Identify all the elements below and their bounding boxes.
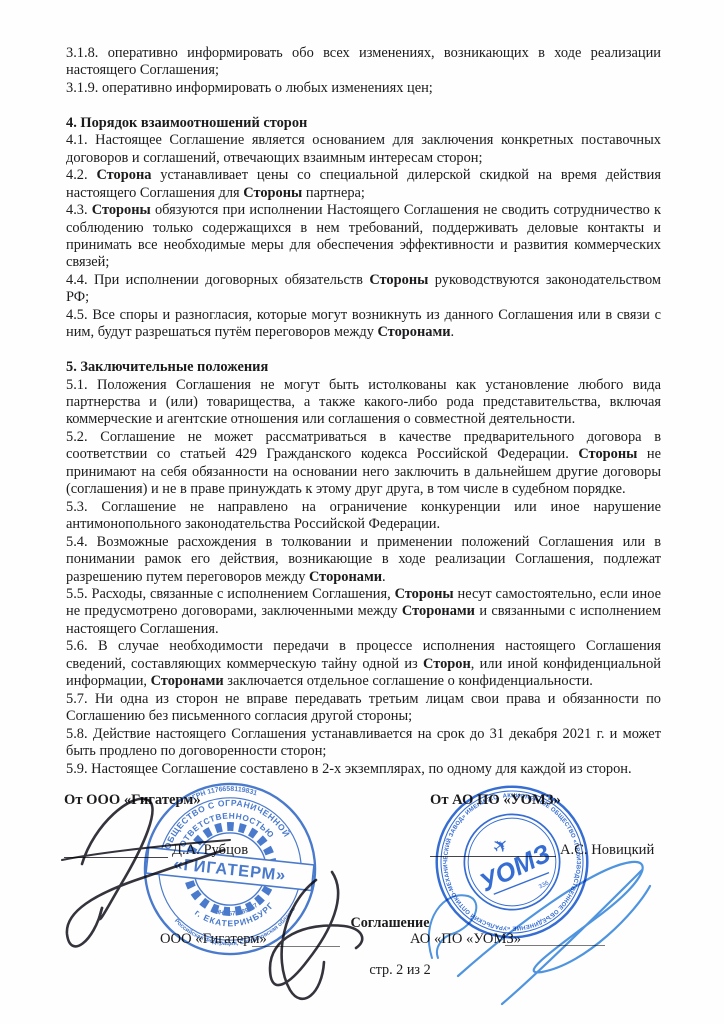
contract-paragraph: 4.2. Сторона устанавливает цены со специ… [66,167,661,202]
bold-term: Сторонами [151,673,224,689]
signature-right-ink [414,878,494,968]
text-run: 3.1.9. оперативно информировать о любых … [66,80,433,96]
text-run: 5.7. Ни одна из сторон не вправе передав… [66,691,661,724]
contract-paragraph: 4.3. Стороны обязуются при исполнении На… [66,202,661,272]
contract-paragraph: 5.4. Возможные расхождения в толковании … [66,534,661,586]
text-run: 4.2. [66,167,96,183]
contract-paragraph: 5.6. В случае необходимости передачи в п… [66,638,661,690]
text-run: 5.5. Расходы, связанные с исполнением Со… [66,586,395,602]
contract-paragraph: 4.5. Все споры и разногласия, которые мо… [66,307,661,342]
contract-paragraph: 3.1.8. оперативно информировать обо всех… [66,45,661,80]
text-run: 4.3. [66,202,92,218]
bold-term: Сторонами [402,603,475,619]
bold-term: 4. Порядок взаимоотношений сторон [66,115,307,131]
contract-paragraph: 5. Заключительные положения [66,359,661,376]
bold-term: Сторона [96,167,151,183]
bold-term: Стороны [243,185,302,201]
paragraph-spacer [66,342,661,359]
contract-paragraph: 5.3. Соглашение не направлено на огранич… [66,499,661,534]
bold-term: 5. Заключительные положения [66,359,268,375]
signature-footer-left-ink [258,862,378,1007]
text-run: 3.1.8. оперативно информировать обо всех… [66,45,661,78]
text-run: партнера; [302,185,365,201]
contract-paragraph: 4. Порядок взаимоотношений сторон [66,115,661,132]
bold-term: Стороны [92,202,151,218]
bold-term: Стороны [369,272,428,288]
contract-paragraph: 5.8. Действие настоящего Соглашения уста… [66,726,661,761]
text-run: обязуются при исполнении Настоящего Согл… [66,202,661,270]
signature-left-ink [58,788,243,993]
text-run: 4.5. Все споры и разногласия, которые мо… [66,307,661,340]
bold-term: Стороны [395,586,454,602]
contract-paragraph: 4.1. Настоящее Соглашение является основ… [66,132,661,167]
contract-text: 3.1.8. оперативно информировать обо всех… [66,45,661,778]
contract-paragraph: 5.1. Положения Соглашения не могут быть … [66,377,661,429]
bold-term: Стороны [578,446,637,462]
text-run: 5.2. Соглашение не может рассматриваться… [66,429,661,462]
contract-paragraph: 4.4. При исполнении договорных обязатель… [66,272,661,307]
contract-paragraph: 5.5. Расходы, связанные с исполнением Со… [66,586,661,638]
text-run: . [451,324,455,340]
contract-paragraph: 3.1.9. оперативно информировать о любых … [66,80,661,97]
contract-page: 3.1.8. оперативно информировать обо всех… [0,0,724,1024]
text-run: 4.1. Настоящее Соглашение является основ… [66,132,661,165]
text-run: 4.4. При исполнении договорных обязатель… [66,272,369,288]
bold-term: Сторонами [377,324,450,340]
bold-term: Сторонами [309,569,382,585]
paragraph-spacer [66,97,661,114]
text-run: 5.9. Настоящее Соглашение составлено в 2… [66,761,632,777]
bold-term: Сторон [423,656,471,672]
text-run: заключается отдельное соглашение о конфи… [224,673,593,689]
text-run: 5.1. Положения Соглашения не могут быть … [66,377,661,428]
text-run: 5.8. Действие настоящего Соглашения уста… [66,726,661,759]
contract-paragraph: 5.2. Соглашение не может рассматриваться… [66,429,661,499]
contract-paragraph: 5.7. Ни одна из сторон не вправе передав… [66,691,661,726]
text-run: . [382,569,386,585]
text-run: 5.3. Соглашение не направлено на огранич… [66,499,661,532]
